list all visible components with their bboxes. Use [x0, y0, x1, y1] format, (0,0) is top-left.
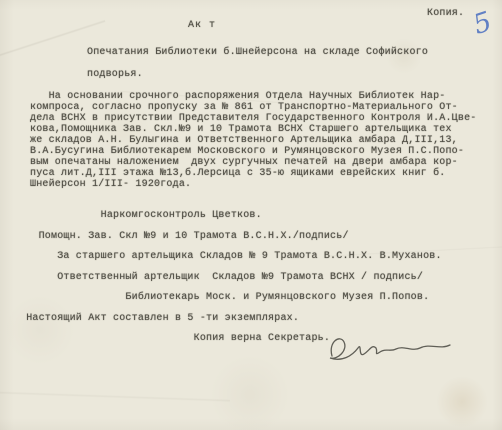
secretary-handwritten-signature [318, 330, 468, 380]
document-subtitle: Опечатания Библиотеки б.Шнейерсона на ск… [87, 42, 428, 86]
scanned-document-page: Копия. 5 Ак т Опечатания Библиотеки б.Шн… [0, 0, 502, 430]
copy-label: Копия. [427, 8, 464, 19]
document-title: Ак т [188, 20, 216, 31]
document-body-paragraph: На основании срочного распоряжения Отдел… [30, 91, 476, 190]
signature-lines-block: Наркомгосконтроль Цветков. Помощн. Зав. … [20, 206, 442, 350]
paper-crease [0, 391, 230, 402]
handwritten-page-number: 5 [470, 6, 496, 41]
